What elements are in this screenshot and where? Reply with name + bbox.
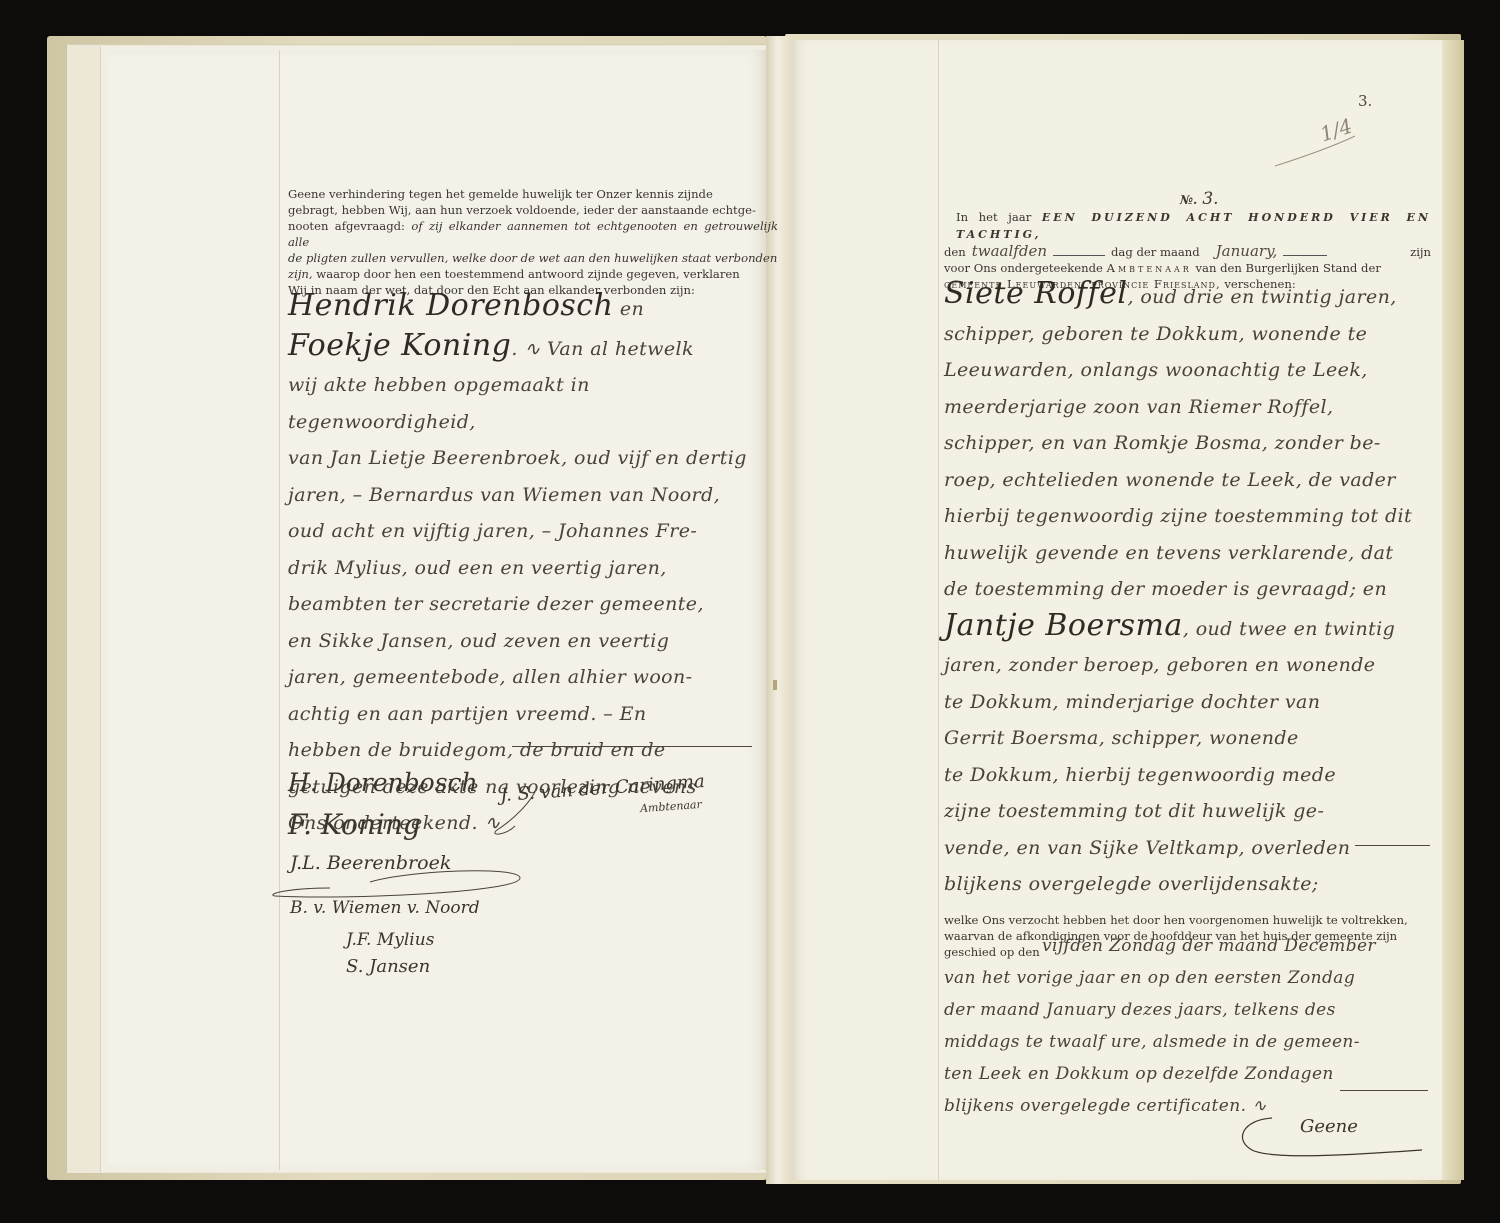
handwritten-text: hebben de bruidegom, de bruid en de [288, 739, 666, 761]
person-name: Hendrik Dorenbosch [288, 288, 613, 323]
handwritten-text: , oud twee en twintig [1183, 618, 1395, 640]
handwritten-text: hierbij tegenwoordig zijne toestemming t… [944, 505, 1412, 527]
printed-line: nooten afgevraagd: of zij elkander aanne… [288, 218, 778, 250]
closing-line [512, 746, 752, 747]
printed-line: zijn, waarop door hen een toestemmend an… [288, 266, 778, 282]
handwritten-line: jaren, – Bernardus van Wiemen van Noord, [288, 477, 778, 514]
margin-ruling-left [279, 50, 280, 1170]
handwritten-text: huwelijk gevende en tevens verklarende, … [944, 542, 1393, 564]
handwritten-text: vende, en van Sijke Veltkamp, overleden [944, 837, 1350, 859]
handwritten-text: van Jan Lietje Beerenbroek, oud vijf en … [288, 447, 747, 469]
printed-line: welke Ons verzocht hebben het door hen v… [944, 912, 1431, 928]
month-value: January, [1216, 243, 1278, 259]
printed-italic-text: zijn, [288, 267, 313, 281]
handwritten-text: Gerrit Boersma, schipper, wonende [944, 727, 1299, 749]
handwritten-text: jaren, gemeentebode, allen alhier woon- [288, 666, 692, 688]
handwritten-text: . ∿ Van al hetwelk [511, 338, 693, 360]
handwritten-text: zijne toestemming tot dit huwelijk ge- [944, 800, 1324, 822]
closing-line [1355, 845, 1430, 846]
handwritten-line: van het vorige jaar en op den eersten Zo… [944, 962, 1434, 994]
handwritten-line: schipper, en van Romkje Bosma, zonder be… [944, 425, 1434, 462]
handwritten-text: meerderjarige zoon van Riemer Roffel, [944, 396, 1333, 418]
printed-text: waarop door hen een toestemmend antwoord… [316, 267, 739, 281]
left-handwritten-body: Hendrik Dorenbosch enFoekje Koning. ∿ Va… [288, 288, 778, 842]
handwritten-text: te Dokkum, minderjarige dochter van [944, 691, 1320, 713]
handwritten-line: Gerrit Boersma, schipper, wonende [944, 720, 1434, 757]
printed-smallcaps: Ambtenaar [1107, 261, 1192, 275]
signature-groom: H. Dorenbosch [288, 768, 478, 797]
person-name: Jantje Boersma [944, 608, 1183, 643]
printed-line: voor Ons ondergeteekende Ambtenaar van d… [944, 260, 1431, 276]
handwritten-text: Leeuwarden, onlangs woonachtig te Leek, [944, 359, 1368, 381]
person-name: Foekje Koning [288, 328, 511, 363]
left-printed-preamble: Geene verhindering tegen het gemelde huw… [288, 186, 778, 298]
fill-line [1053, 247, 1105, 256]
handwritten-text: oud acht en vijftig jaren, – Johannes Fr… [288, 520, 697, 542]
printed-text: dag der maand [1111, 244, 1200, 260]
folio-mark-stroke [1270, 128, 1360, 168]
printed-line: In het jaar EEN DUIZEND ACHT HONDERD VIE… [944, 209, 1431, 243]
printed-text: den [944, 244, 966, 260]
handwritten-line: wij akte hebben opgemaakt in tegenwoordi… [288, 367, 778, 440]
signature-witness-4: S. Jansen [346, 956, 430, 977]
handwritten-line: te Dokkum, minderjarige dochter van [944, 684, 1434, 721]
handwritten-line: vende, en van Sijke Veltkamp, overleden [944, 830, 1434, 867]
handwritten-text: beambten ter secretarie dezer gemeente, [288, 593, 704, 615]
handwritten-line: en Sikke Jansen, oud zeven en veertig [288, 623, 778, 660]
handwritten-text: de toestemming der moeder is gevraagd; e… [944, 578, 1387, 600]
handwritten-text: achtig en aan partijen vreemd. – En [288, 703, 646, 725]
handwritten-line: hebben de bruidegom, de bruid en de [288, 732, 778, 769]
right-handwritten-body: Siete Roffel, oud drie en twintig jaren,… [944, 276, 1434, 903]
handwritten-line: Siete Roffel, oud drie en twintig jaren, [944, 276, 1434, 316]
handwritten-text: schipper, geboren te Dokkum, wonende te [944, 323, 1367, 345]
page-number: 3. [1358, 92, 1372, 110]
handwritten-text: jaren, – Bernardus van Wiemen van Noord, [288, 484, 720, 506]
handwritten-line: de toestemming der moeder is gevraagd; e… [944, 571, 1434, 608]
handwritten-text: schipper, en van Romkje Bosma, zonder be… [944, 432, 1381, 454]
handwritten-line: vijfden Zondag der maand December [944, 930, 1434, 962]
handwritten-line: jaren, gemeentebode, allen alhier woon- [288, 659, 778, 696]
printed-text: van den Burgerlijken Stand der [1196, 261, 1381, 275]
handwritten-text: te Dokkum, hierbij tegenwoordig mede [944, 764, 1336, 786]
printed-line: den twaalfden dag der maand January, zij… [944, 243, 1431, 260]
handwritten-line: meerderjarige zoon van Riemer Roffel, [944, 389, 1434, 426]
binding-stitch [773, 680, 777, 690]
handwritten-line: oud acht en vijftig jaren, – Johannes Fr… [288, 513, 778, 550]
handwritten-line: beambten ter secretarie dezer gemeente, [288, 586, 778, 623]
closing-line [1340, 1090, 1428, 1091]
handwritten-line: te Dokkum, hierbij tegenwoordig mede [944, 757, 1434, 794]
act-number-value: 3. [1202, 189, 1218, 209]
act-number: №. 3. [1180, 189, 1219, 209]
handwritten-line: Jantje Boersma, oud twee en twintig [944, 608, 1434, 648]
printed-text: In het jaar [956, 210, 1031, 224]
handwritten-line: achtig en aan partijen vreemd. – En [288, 696, 778, 733]
handwritten-line: drik Mylius, oud een en veertig jaren, [288, 550, 778, 587]
handwritten-text: wij akte hebben opgemaakt in tegenwoordi… [288, 374, 590, 433]
handwritten-line: van Jan Lietje Beerenbroek, oud vijf en … [288, 440, 778, 477]
printed-text: zijn [1410, 244, 1431, 260]
printed-text: voor Ons ondergeteekende [944, 261, 1103, 275]
printed-line: de pligten zullen vervullen, welke door … [288, 250, 778, 266]
handwritten-text: , oud drie en twintig jaren, [1127, 286, 1396, 308]
catchword-flourish [1232, 1110, 1432, 1165]
handwritten-line: ten Leek en Dokkum op dezelfde Zondagen [944, 1058, 1434, 1090]
act-number-prefix: №. [1180, 193, 1197, 207]
handwritten-line: der maand January dezes jaars, telkens d… [944, 994, 1434, 1026]
margin-ruling-right [938, 40, 939, 1180]
handwritten-text: en [613, 298, 644, 320]
handwritten-line: jaren, zonder beroep, geboren en wonende [944, 647, 1434, 684]
handwritten-text: drik Mylius, oud een en veertig jaren, [288, 557, 667, 579]
signature-witness-3: J.F. Mylius [346, 930, 434, 950]
day-value: twaalfden [972, 243, 1047, 259]
person-name: Siete Roffel [944, 276, 1127, 311]
printed-line: Geene verhindering tegen het gemelde huw… [288, 186, 778, 202]
printed-line: gebragt, hebben Wij, aan hun verzoek vol… [288, 202, 778, 218]
signature-bride: F. Koning [288, 808, 421, 841]
handwritten-text: en Sikke Jansen, oud zeven en veertig [288, 630, 669, 652]
handwritten-line: roep, echtelieden wonende te Leek, de va… [944, 462, 1434, 499]
handwritten-line: schipper, geboren te Dokkum, wonende te [944, 316, 1434, 353]
page-edge-right [1442, 40, 1464, 1180]
right-handwritten-publication: vijfden Zondag der maand Decembervan het… [944, 930, 1434, 1122]
fill-line [1283, 247, 1327, 256]
signature-official-flourish [485, 790, 565, 840]
printed-text: nooten afgevraagd: [288, 219, 405, 233]
handwritten-text: roep, echtelieden wonende te Leek, de va… [944, 469, 1396, 491]
handwritten-line: Leeuwarden, onlangs woonachtig te Leek, [944, 352, 1434, 389]
signature-flourish [270, 860, 530, 910]
handwritten-line: hierbij tegenwoordig zijne toestemming t… [944, 498, 1434, 535]
handwritten-line: huwelijk gevende en tevens verklarende, … [944, 535, 1434, 572]
handwritten-text: jaren, zonder beroep, geboren en wonende [944, 654, 1375, 676]
handwritten-line: Hendrik Dorenbosch en [288, 288, 778, 328]
handwritten-line: blijkens overgelegde overlijdensakte; [944, 866, 1434, 903]
handwritten-line: middags te twaalf ure, alsmede in de gem… [944, 1026, 1434, 1058]
handwritten-line: zijne toestemming tot dit huwelijk ge- [944, 793, 1434, 830]
handwritten-line: Foekje Koning. ∿ Van al hetwelk [288, 328, 778, 368]
register-book: Geene verhindering tegen het gemelde huw… [0, 0, 1500, 1223]
handwritten-text: blijkens overgelegde overlijdensakte; [944, 873, 1319, 895]
